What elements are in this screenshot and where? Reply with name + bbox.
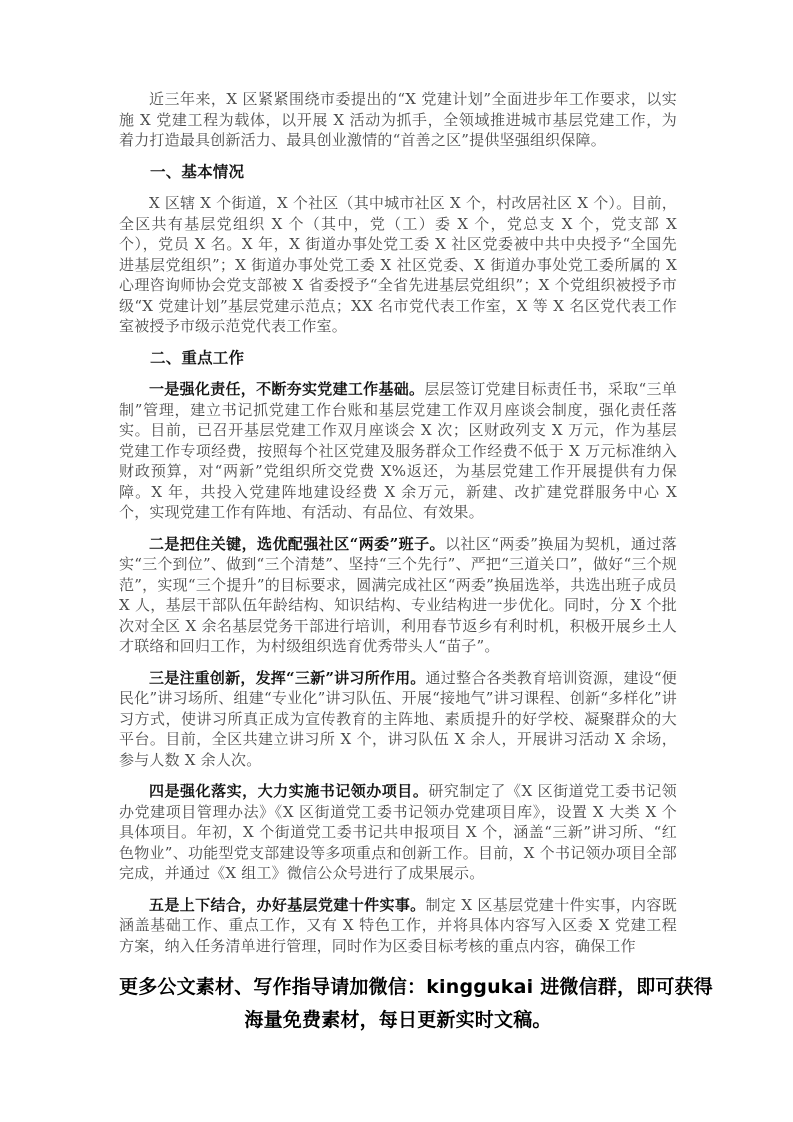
paragraph: 三是注重创新，发挥“三新”讲习所作用。通过整合各类教育培训资源，建设“便民化”讲…: [119, 668, 677, 771]
promo-footer-line2: 海量免费素材，每日更新实时文稿。: [119, 1004, 677, 1037]
paragraph: 一是强化责任，不断夯实党建工作基础。层层签订党建目标责任书，采取“三单制”管理，…: [119, 379, 677, 523]
paragraph-lead: 五是上下结合，办好基层党建十件实事。: [149, 896, 426, 914]
paragraph-lead: 一是强化责任，不断夯实党建工作基础。: [149, 380, 424, 398]
paragraph-lead: 二是把住关键，选优配强社区“两委”班子。: [149, 535, 445, 553]
paragraph: 五是上下结合，办好基层党建十件实事。制定 X 区基层党建十件实事，内容既涵盖基础…: [119, 895, 677, 957]
promo-footer-line1: 更多公文素材、写作指导请加微信：kinggukai 进微信群，即可获得: [119, 971, 677, 1004]
section-heading: 一、基本情况: [119, 162, 677, 183]
paragraph-lead: 四是强化落实，大力实施书记领办项目。: [149, 782, 428, 800]
paragraph: 近三年来，X 区紧紧围绕市委提出的“X 党建计划”全面进步年工作要求，以实施 X…: [119, 89, 677, 151]
paragraph: X 区辖 X 个街道，X 个社区（其中城市社区 X 个，村改居社区 X 个）。目…: [119, 193, 677, 337]
promo-footer: 更多公文素材、写作指导请加微信：kinggukai 进微信群，即可获得 海量免费…: [119, 971, 677, 1037]
document-page: 近三年来，X 区紧紧围绕市委提出的“X 党建计划”全面进步年工作要求，以实施 X…: [0, 0, 793, 1122]
document-body: 近三年来，X 区紧紧围绕市委提出的“X 党建计划”全面进步年工作要求，以实施 X…: [119, 89, 677, 956]
paragraph: 四是强化落实，大力实施书记领办项目。研究制定了《X 区街道党工委书记领办党建项目…: [119, 781, 677, 884]
section-heading: 二、重点工作: [119, 348, 677, 369]
paragraph-lead: 三是注重创新，发挥“三新”讲习所作用。: [149, 669, 426, 687]
paragraph: 二是把住关键，选优配强社区“两委”班子。以社区“两委”换届为契机，通过落实“三个…: [119, 534, 677, 657]
